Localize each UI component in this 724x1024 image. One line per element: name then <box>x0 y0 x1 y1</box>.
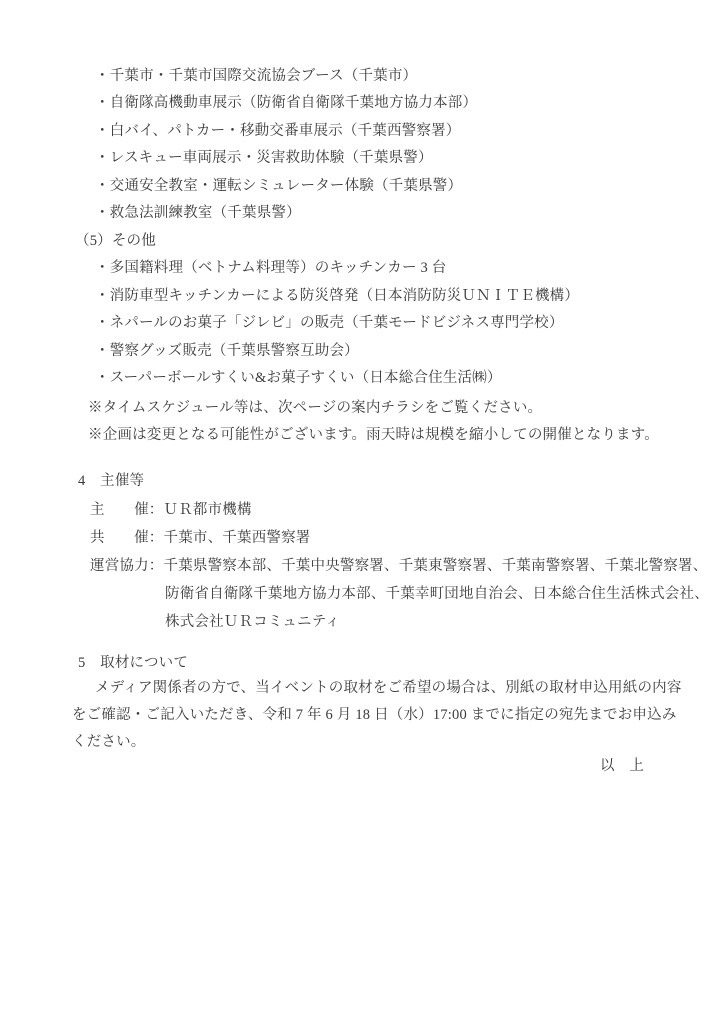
exhibit-item: ・交通安全教室・運転シミュレーター体験（千葉県警） <box>95 175 462 197</box>
organizer-row-continuation: 株式会社ＵＲコミュニティ <box>165 611 340 633</box>
press-body-line: ください。 <box>72 731 146 753</box>
note-line: ※企画は変更となる可能性がございます。雨天時は規模を縮小しての開催となります。 <box>88 424 659 446</box>
exhibit-item: ・救急法訓練教室（千葉県警） <box>95 202 301 224</box>
section-heading-organizers: 4 主催等 <box>78 470 144 492</box>
subsection-heading-other: （5）その他 <box>75 230 156 252</box>
exhibit-item: ・白バイ、パトカー・移動交番車展示（千葉西警察署） <box>95 120 460 142</box>
other-item: ・多国籍料理（ベトナム料理等）のキッチンカー 3 台 <box>95 257 446 279</box>
press-body-line: をご確認・ご記入いただき、令和 7 年 6 月 18 日（水）17:00 までに… <box>72 704 677 726</box>
other-item: ・ネパールのお菓子「ジレビ」の販売（千葉モードビジネス専門学校） <box>95 312 564 334</box>
exhibit-item: ・自衛隊高機動車展示（防衛省自衛隊千葉地方協力本部） <box>95 92 477 114</box>
organizer-row-unei: 運営協力：千葉県警察本部、千葉中央警察署、千葉東警察署、千葉南警察署、千葉北警察… <box>90 555 707 577</box>
exhibit-item: ・千葉市・千葉市国際交流協会ブース（千葉市） <box>95 65 417 87</box>
exhibit-item: ・レスキュー車両展示・災害救助体験（千葉県警） <box>95 147 433 169</box>
document-page: ・千葉市・千葉市国際交流協会ブース（千葉市） ・自衛隊高機動車展示（防衛省自衛隊… <box>0 0 724 1024</box>
closing-text: 以 上 <box>600 755 644 777</box>
section-heading-press: 5 取材について <box>78 652 188 674</box>
organizer-row-continuation: 防衛省自衛隊千葉地方協力本部、千葉幸町団地自治会、日本総合住生活株式会社、 <box>165 583 709 605</box>
note-line: ※タイムスケジュール等は、次ページの案内チラシをご覧ください。 <box>88 397 542 419</box>
other-item: ・警察グッズ販売（千葉県警察互助会） <box>95 340 359 362</box>
organizer-row-kyosai: 共 催：千葉市、千葉西警察署 <box>90 527 311 549</box>
organizer-row-shusai: 主 催：ＵＲ都市機構 <box>90 499 252 521</box>
other-item: ・スーパーボールすくい&お菓子すくい（日本総合住生活㈱） <box>95 367 502 389</box>
press-body-line: メディア関係者の方で、当イベントの取材をご希望の場合は、別紙の取材申込用紙の内容 <box>95 677 682 699</box>
other-item: ・消防車型キッチンカーによる防災啓発（日本消防防災ＵＮＩＴＥ機構） <box>95 285 579 307</box>
